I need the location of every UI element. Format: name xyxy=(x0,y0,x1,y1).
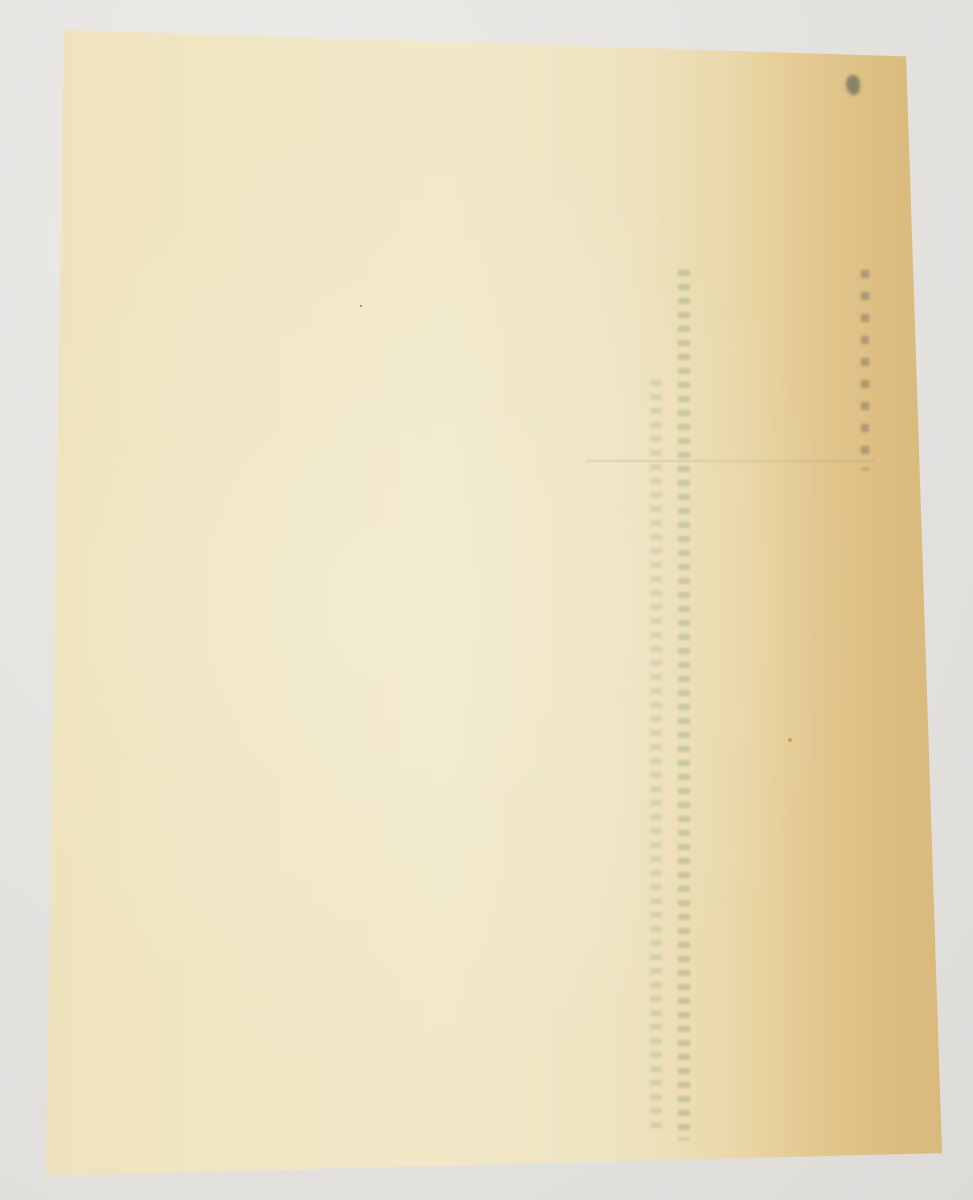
paper-speck xyxy=(788,738,792,742)
ink-bleed-through xyxy=(678,270,690,1140)
ink-bleed-through xyxy=(650,380,662,1130)
faint-rule-line xyxy=(586,460,876,462)
ink-bleed-through xyxy=(861,270,869,470)
corner-smudge xyxy=(846,75,860,95)
paper-speck xyxy=(360,305,362,307)
paper-sheet xyxy=(46,30,942,1176)
